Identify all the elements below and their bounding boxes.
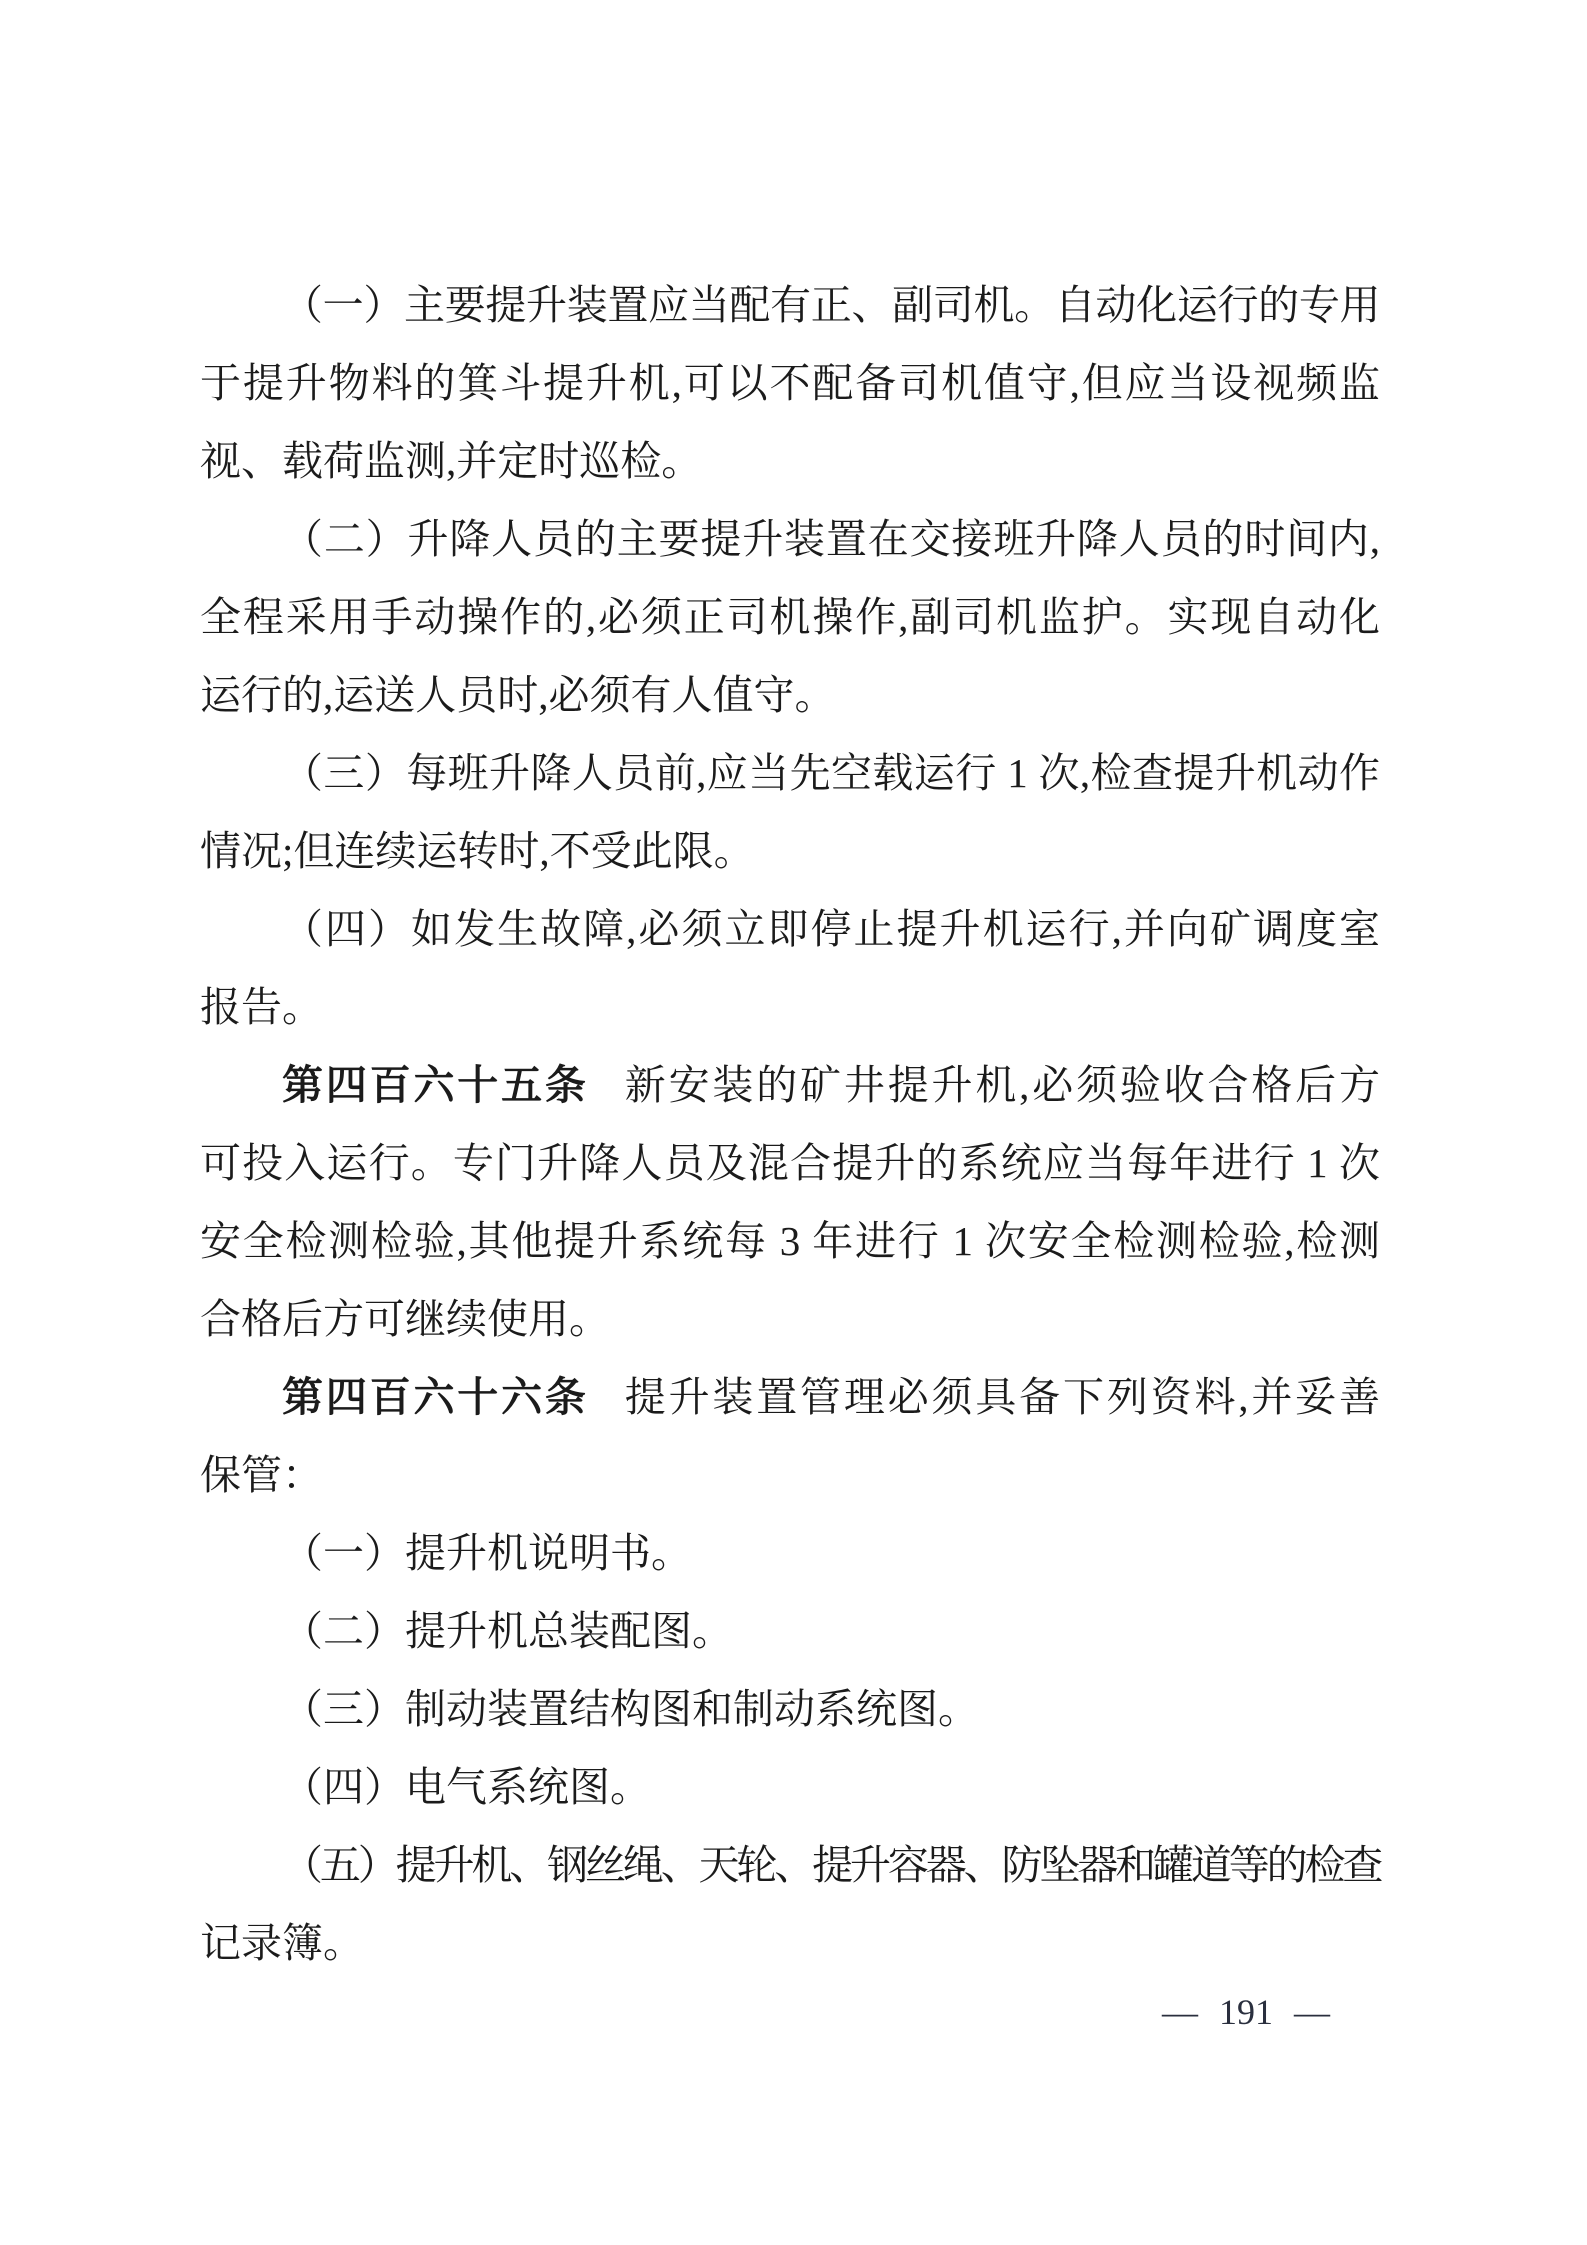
text-line: （二）升降人员的主要提升装置在交接班升降人员的时间内, — [200, 500, 1380, 578]
text-line: （四）如发生故障,必须立即停止提升机运行,并向矿调度室 — [200, 890, 1380, 968]
line-text: （四）电气系统图。 — [282, 1764, 651, 1810]
line-text: 情况;但连续运转时,不受此限。 — [200, 828, 755, 874]
line-text: （二）提升机总装配图。 — [282, 1608, 733, 1654]
line-text: 记录簿。 — [200, 1920, 364, 1966]
page-number: 191 — [1219, 1992, 1273, 2032]
text-line: 于提升物料的箕斗提升机,可以不配备司机值守,但应当设视频监 — [200, 344, 1380, 422]
article-number: 第四百六十六条 — [282, 1374, 589, 1420]
line-text: 可投入运行。专门升降人员及混合提升的系统应当每年进行 1 次 — [200, 1140, 1380, 1186]
text-line: 安全检测检验,其他提升系统每 3 年进行 1 次安全检测检验,检测 — [200, 1202, 1380, 1280]
text-line: 可投入运行。专门升降人员及混合提升的系统应当每年进行 1 次 — [200, 1124, 1380, 1202]
line-text: （三）每班升降人员前,应当先空载运行 1 次,检查提升机动作 — [282, 750, 1380, 796]
page-footer: —191— — [1121, 1986, 1371, 2038]
text-line: 合格后方可继续使用。 — [200, 1280, 1380, 1358]
text-line: 保管： — [200, 1436, 1380, 1514]
article-heading-line: 第四百六十六条提升装置管理必须具备下列资料,并妥善 — [200, 1358, 1380, 1436]
line-text: 全程采用手动操作的,必须正司机操作,副司机监护。实现自动化 — [200, 594, 1380, 640]
line-text: 运行的,运送人员时,必须有人值守。 — [200, 672, 836, 718]
line-text: （一）提升机说明书。 — [282, 1530, 692, 1576]
line-text: （二）升降人员的主要提升装置在交接班升降人员的时间内, — [282, 516, 1380, 562]
text-line: （五）提升机、钢丝绳、天轮、提升容器、防坠器和罐道等的检查 — [200, 1826, 1380, 1904]
text-line: （三）制动装置结构图和制动系统图。 — [200, 1670, 1380, 1748]
line-text: 提升装置管理必须具备下列资料,并妥善 — [625, 1374, 1380, 1420]
footer-dash-left: — — [1162, 1992, 1198, 2032]
document-page: （一）主要提升装置应当配有正、副司机。自动化运行的专用于提升物料的箕斗提升机,可… — [0, 0, 1587, 2245]
text-line: 运行的,运送人员时,必须有人值守。 — [200, 656, 1380, 734]
text-line: 全程采用手动操作的,必须正司机操作,副司机监护。实现自动化 — [200, 578, 1380, 656]
line-text: 合格后方可继续使用。 — [200, 1296, 610, 1342]
line-text: （五）提升机、钢丝绳、天轮、提升容器、防坠器和罐道等的检查 — [282, 1842, 1380, 1888]
text-line: 视、载荷监测,并定时巡检。 — [200, 422, 1380, 500]
text-body: （一）主要提升装置应当配有正、副司机。自动化运行的专用于提升物料的箕斗提升机,可… — [200, 266, 1380, 1982]
text-line: （三）每班升降人员前,应当先空载运行 1 次,检查提升机动作 — [200, 734, 1380, 812]
text-line: 报告。 — [200, 968, 1380, 1046]
footer-dash-right: — — [1294, 1992, 1330, 2032]
line-text: 新安装的矿井提升机,必须验收合格后方 — [625, 1062, 1380, 1108]
line-text: 报告。 — [200, 984, 323, 1030]
text-line: （四）电气系统图。 — [200, 1748, 1380, 1826]
text-line: （一）提升机说明书。 — [200, 1514, 1380, 1592]
line-text: 于提升物料的箕斗提升机,可以不配备司机值守,但应当设视频监 — [200, 360, 1380, 406]
text-line: （一）主要提升装置应当配有正、副司机。自动化运行的专用 — [200, 266, 1380, 344]
text-line: 记录簿。 — [200, 1904, 1380, 1982]
line-text: 安全检测检验,其他提升系统每 3 年进行 1 次安全检测检验,检测 — [200, 1218, 1380, 1264]
article-number: 第四百六十五条 — [282, 1062, 589, 1108]
line-text: （四）如发生故障,必须立即停止提升机运行,并向矿调度室 — [282, 906, 1380, 952]
article-heading-line: 第四百六十五条新安装的矿井提升机,必须验收合格后方 — [200, 1046, 1380, 1124]
line-text: （三）制动装置结构图和制动系统图。 — [282, 1686, 979, 1732]
text-line: 情况;但连续运转时,不受此限。 — [200, 812, 1380, 890]
line-text: （一）主要提升装置应当配有正、副司机。自动化运行的专用 — [282, 282, 1380, 328]
text-line: （二）提升机总装配图。 — [200, 1592, 1380, 1670]
line-text: 视、载荷监测,并定时巡检。 — [200, 438, 702, 484]
line-text: 保管： — [200, 1452, 323, 1498]
